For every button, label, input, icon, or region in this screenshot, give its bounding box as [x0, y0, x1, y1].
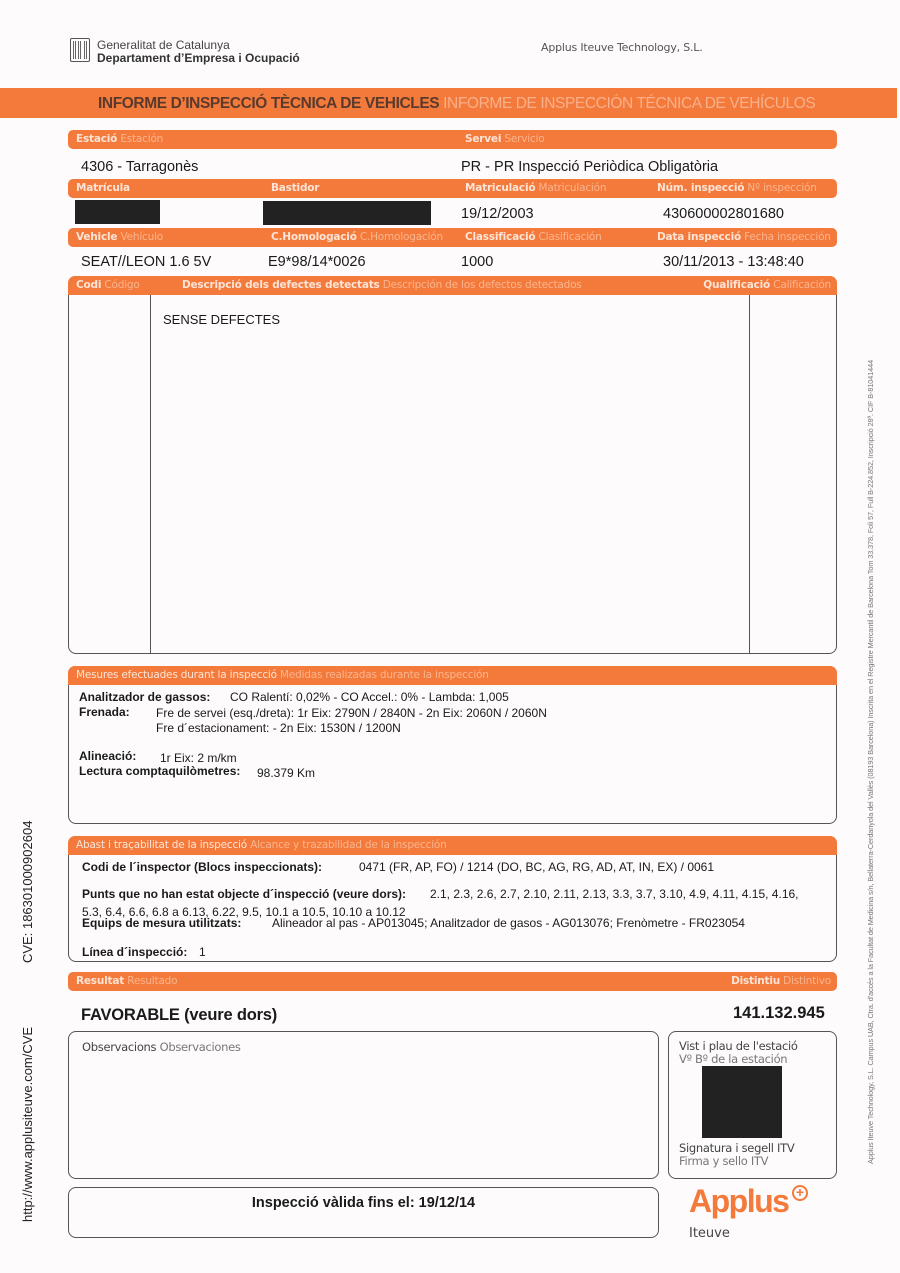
classification-value: 1000 [461, 254, 493, 270]
badge-number: 141.132.945 [733, 1004, 825, 1023]
station-stamp-box: Vist i plau de l'estació Vº Bº de la est… [668, 1031, 837, 1179]
inspection-line-value: 1 [199, 945, 206, 959]
station-service-header: Estació Estación Servei Servicio [68, 130, 837, 149]
inspection-line-label: Línea d´inspecció: [82, 945, 187, 959]
alignment-value: 1r Eix: 2 m/km [160, 751, 237, 765]
inspector-code-value: 0471 (FR, AP, FO) / 1214 (DO, BC, AG, RG… [359, 860, 714, 874]
vehicle-header: Vehicle Vehículo C.Homologació C.Homolog… [68, 228, 837, 247]
uninspected-points-label: Punts que no han estat objecte d´inspecc… [82, 887, 406, 901]
observations-label: Observacions [82, 1040, 156, 1054]
service-value: PR - PR Inspecció Periòdica Obligatòria [461, 159, 718, 175]
result-value: FAVORABLE (veure dors) [81, 1006, 277, 1025]
odometer-value: 98.379 Km [257, 766, 315, 780]
cve-code: CVE: 186301000902604 [20, 821, 35, 963]
vin-redacted [263, 201, 431, 225]
gov-line1: Generalitat de Catalunya [97, 38, 230, 52]
column-divider [150, 295, 151, 654]
alignment-label: Alineació: [79, 749, 136, 763]
plus-icon: + [792, 1185, 808, 1201]
cve-url[interactable]: http://www.applusiteuve.com/CVE [20, 1027, 35, 1222]
service-brake-value: Fre de servei (esq./dreta): 1r Eix: 2790… [156, 706, 547, 720]
applus-logo: Applus [689, 1183, 788, 1220]
uninspected-points-value: 2.1, 2.3, 2.6, 2.7, 2.10, 2.11, 2.13, 3.… [430, 887, 799, 901]
observations-box: Observacions Observaciones [68, 1031, 659, 1179]
vehicle-value: SEAT//LEON 1.6 5V [81, 254, 211, 270]
validity-box: Inspecció vàlida fins el: 19/12/14 [68, 1187, 659, 1238]
column-divider [749, 295, 750, 654]
government-department: Generalitat de Catalunya Departament d’E… [97, 39, 300, 65]
qr-code-redacted [702, 1066, 782, 1138]
plate-redacted [75, 200, 160, 224]
measures-header: Mesures efectuades durant la inspecció M… [68, 666, 837, 685]
parking-brake-value: Fre d´estacionament: - 2n Eix: 1530N / 1… [156, 721, 401, 735]
title-spanish: INFORME DE INSPECCIÓN TÉCNICA DE VEHÍCUL… [443, 95, 815, 112]
scope-header: Abast i traçabilitat de la inspecció Alc… [68, 836, 837, 855]
gov-line2: Departament d’Empresa i Ocupació [97, 52, 300, 65]
brakes-label: Frenada: [79, 705, 130, 719]
odometer-label: Lectura comptaquilòmetres: [79, 764, 240, 778]
defect-description: SENSE DEFECTES [163, 312, 280, 327]
legal-notice: Applus Iteuve Technology, S.L. Campus UA… [866, 360, 875, 1164]
title-catalan: INFORME D’INSPECCIÓ TÈCNICA DE VEHICLES [98, 95, 439, 112]
inspector-code-label: Codi de l´inspector (Blocs inspeccionats… [82, 860, 322, 874]
homologation-value: E9*98/14*0026 [268, 254, 366, 270]
generalitat-logo-icon [70, 38, 90, 62]
gas-analyzer-value: CO Ralentí: 0,02% - CO Accel.: 0% - Lamb… [230, 690, 509, 704]
gas-analyzer-label: Analitzador de gassos: [79, 690, 210, 704]
defects-table [68, 276, 837, 654]
registration-date-value: 19/12/2003 [461, 206, 534, 222]
validity-text: Inspecció vàlida fins el: 19/12/14 [69, 1188, 658, 1211]
inspection-date-value: 30/11/2013 - 13:48:40 [663, 254, 804, 270]
result-header: Resultat Resultado Distintiu Distintivo [68, 972, 837, 991]
inspection-number-value: 430600002801680 [663, 206, 784, 222]
equipment-value: Alineador al pas - AP013045; Analitzador… [272, 916, 745, 930]
document-title-banner: INFORME D’INSPECCIÓ TÈCNICA DE VEHICLES … [0, 88, 897, 118]
brand-subtitle: Iteuve [689, 1226, 730, 1241]
registration-header: Matrícula Bastidor Matriculació Matricul… [68, 179, 837, 198]
company-name: Applus Iteuve Technology, S.L. [541, 41, 703, 54]
station-value: 4306 - Tarragonès [81, 159, 198, 175]
defects-table-header: Codi Código Descripció dels defectes det… [68, 276, 837, 295]
equipment-label: Equips de mesura utilitzats: [82, 916, 241, 930]
